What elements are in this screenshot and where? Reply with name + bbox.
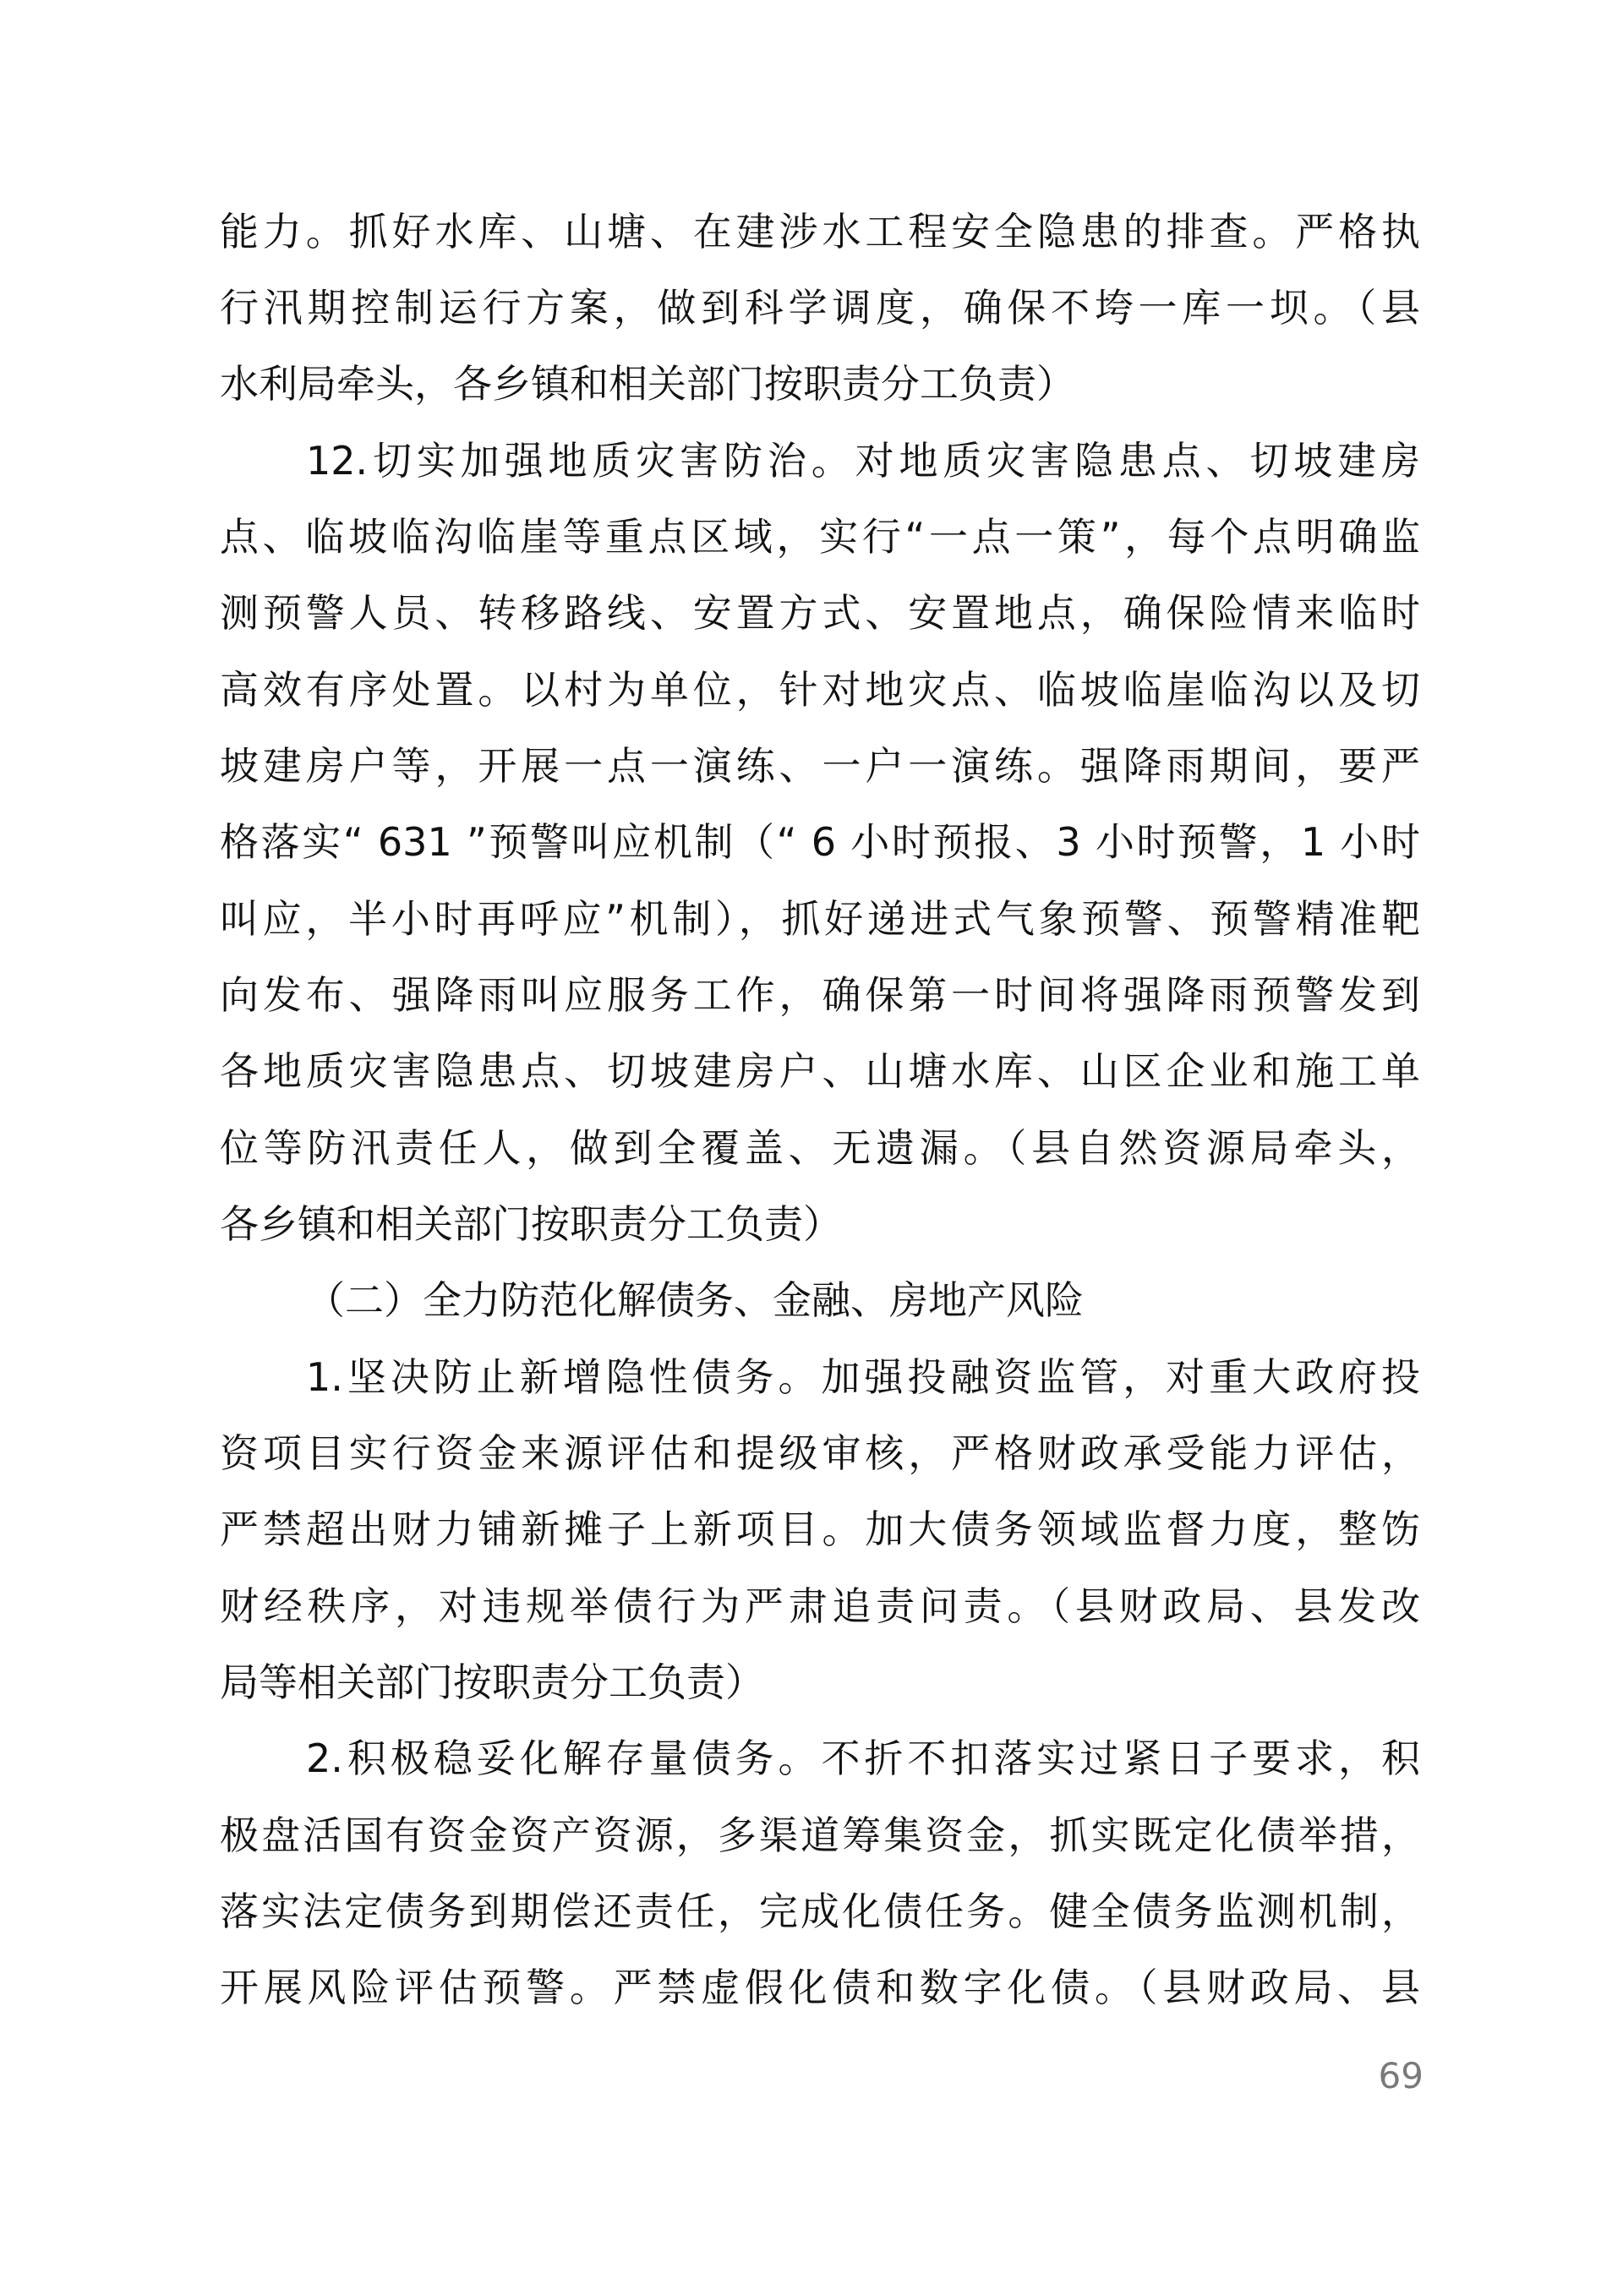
paragraph-start-line: 2.积极稳妥化解存量债务。不折不扣落实过紧日子要求，积 xyxy=(306,1733,1420,1784)
text-line: 开展风险评估预警。严禁虚假化债和数字化债。（县财政局、县 xyxy=(220,1962,1420,2013)
text-line: 向发布、强降雨叫应服务工作，确保第一时间将强降雨预警发到 xyxy=(220,970,1420,1020)
section-heading: （二）全力防范化解债务、金融、房地产风险 xyxy=(306,1275,1084,1326)
page-number: 69 xyxy=(1373,2054,1424,2098)
text-line: 各地质灾害隐患点、切坡建房户、山塘水库、山区企业和施工单 xyxy=(220,1046,1420,1096)
text-line: 严禁超出财力铺新摊子上新项目。加大债务领域监督力度，整饬 xyxy=(220,1504,1420,1555)
text-line: 高效有序处置。以村为单位，针对地灾点、临坡临崖临沟以及切 xyxy=(220,664,1420,715)
text-line: 局等相关部门按职责分工负责） xyxy=(220,1657,764,1708)
paragraph-start-line: 12.切实加强地质灾害防治。对地质灾害隐患点、切坡建房 xyxy=(306,435,1420,486)
text-line: 各乡镇和相关部门按职责分工负责） xyxy=(220,1199,842,1249)
text-line: 测预警人员、转移路线、安置方式、安置地点，确保险情来临时 xyxy=(220,588,1420,638)
text-line: 水利局牵头，各乡镇和相关部门按职责分工负责） xyxy=(220,358,1075,409)
document-page: 能力。抓好水库、山塘、在建涉水工程安全隐患的排查。严格执 行汛期控制运行方案，做… xyxy=(0,0,1623,2296)
text-line: 点、临坡临沟临崖等重点区域，实行“一点一策”，每个点明确监 xyxy=(220,511,1420,562)
text-line: 坡建房户等，开展一点一演练、一户一演练。强降雨期间，要严 xyxy=(220,741,1420,791)
text-line: 能力。抓好水库、山塘、在建涉水工程安全隐患的排查。严格执 xyxy=(220,206,1420,257)
text-line: 资项目实行资金来源评估和提级审核，严格财政承受能力评估， xyxy=(220,1428,1420,1479)
paragraph-start-line: 1.坚决防止新增隐性债务。加强投融资监管，对重大政府投 xyxy=(306,1352,1420,1402)
text-line: 叫应，半小时再呼应”机制），抓好递进式气象预警、预警精准靶 xyxy=(220,894,1420,944)
text-line: 位等防汛责任人，做到全覆盖、无遗漏。（县自然资源局牵头， xyxy=(220,1123,1420,1173)
text-line: 落实法定债务到期偿还责任，完成化债任务。健全债务监测机制， xyxy=(220,1886,1420,1937)
text-line: 格落实“ 631 ”预警叫应机制（“ 6 小时预报、3 小时预警，1 小时 xyxy=(220,817,1420,867)
text-line: 行汛期控制运行方案，做到科学调度，确保不垮一库一坝。（县 xyxy=(220,282,1420,333)
text-line: 极盘活国有资金资产资源，多渠道筹集资金，抓实既定化债举措， xyxy=(220,1810,1420,1861)
text-line: 财经秩序，对违规举债行为严肃追责问责。（县财政局、县发改 xyxy=(220,1581,1420,1632)
